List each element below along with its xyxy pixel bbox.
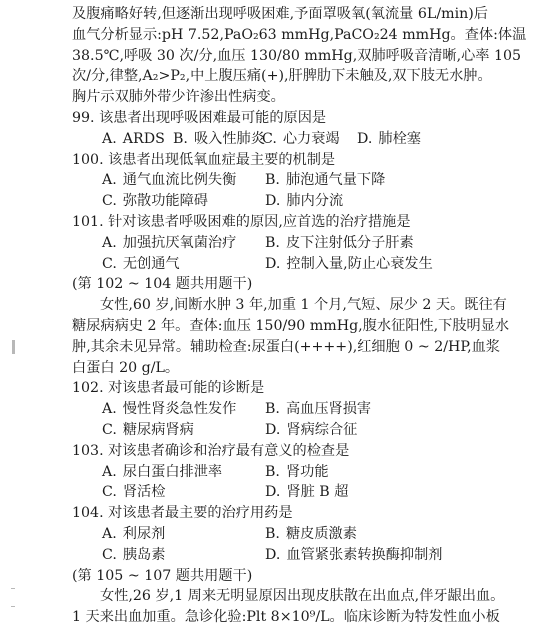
option-d[interactable]: D.血管紧张素转换酶抑制剂 xyxy=(265,545,442,566)
exam-page: 及腹痛略好转,但逐渐出现呼吸困难,予面罩吸氧(氧流量 6L/min)后 血气分析… xyxy=(72,4,490,628)
question-number: 104. xyxy=(72,505,104,521)
scan-artifact xyxy=(11,606,15,607)
option-label: A. xyxy=(102,526,117,542)
option-label: D. xyxy=(265,256,280,272)
option-b[interactable]: B.吸入性肺炎 xyxy=(173,129,265,150)
option-label: B. xyxy=(265,235,280,251)
option-label: C. xyxy=(102,547,117,563)
option-text: 糖皮质激素 xyxy=(286,526,357,542)
option-text: 心力衰竭 xyxy=(283,131,340,147)
option-d[interactable]: D.肾病综合征 xyxy=(265,420,357,441)
option-label: C. xyxy=(102,193,117,209)
case-line: 女性,26 岁,1 周来无明显原因出现皮肤散在出血点,伴牙龈出血。 xyxy=(72,586,488,607)
option-label: C. xyxy=(102,422,117,438)
option-c[interactable]: C.心力衰竭 xyxy=(262,129,340,150)
option-label: B. xyxy=(265,526,280,542)
option-c[interactable]: C.无创通气 xyxy=(102,254,180,275)
case-1-stem: 及腹痛略好转,但逐渐出现呼吸困难,予面罩吸氧(氧流量 6L/min)后 血气分析… xyxy=(72,4,490,108)
option-text: 无创通气 xyxy=(123,256,180,272)
question-stem: 对该患者最可能的诊断是 xyxy=(108,380,264,396)
option-label: D. xyxy=(265,422,280,438)
option-label: A. xyxy=(102,401,117,417)
option-text: 肾脏 B 超 xyxy=(286,484,348,500)
option-label: A. xyxy=(102,131,117,147)
option-b[interactable]: B.肺泡通气量下降 xyxy=(265,170,385,191)
group-header: (第 105 ~ 107 题共用题干) xyxy=(72,568,252,584)
option-text: 加强抗厌氧菌治疗 xyxy=(123,235,237,251)
option-label: B. xyxy=(265,401,280,417)
case-line: 肿,其余未见异常。辅助检查:尿蛋白(++++),红细胞 0 ~ 2/HP,血浆 xyxy=(72,337,488,358)
question-number: 103. xyxy=(72,443,104,459)
case-line: 1 天来出血加重。急诊化验:Plt 8×10⁹/L。临床诊断为特发性血小板 xyxy=(72,607,488,628)
group-header: (第 102 ~ 104 题共用题干) xyxy=(72,276,252,292)
option-text: 肾活检 xyxy=(123,484,166,500)
option-a[interactable]: A.ARDS xyxy=(102,129,165,150)
question-100: 100. 该患者出现低氧血症最主要的机制是 A.通气血流比例失衡 B.肺泡通气量… xyxy=(72,150,490,212)
option-label: A. xyxy=(102,235,117,251)
case-line: 及腹痛略好转,但逐渐出现呼吸困难,予面罩吸氧(氧流量 6L/min)后 xyxy=(72,4,488,25)
option-c[interactable]: C.糖尿病肾病 xyxy=(102,420,194,441)
option-b[interactable]: B.肾功能 xyxy=(265,462,329,483)
option-text: 肾病综合征 xyxy=(286,422,357,438)
option-b[interactable]: B.高血压肾损害 xyxy=(265,399,371,420)
case-line: 女性,60 岁,间断水肿 3 年,加重 1 个月,气短、尿少 2 天。既往有 xyxy=(72,295,488,316)
option-label: D. xyxy=(265,547,280,563)
option-label: A. xyxy=(102,172,117,188)
option-c[interactable]: C.弥散功能障碍 xyxy=(102,191,208,212)
option-text: 控制入量,防止心衰发生 xyxy=(286,256,432,272)
case-line: 白蛋白 20 g/L。 xyxy=(72,360,179,376)
option-text: 慢性肾炎急性发作 xyxy=(123,401,237,417)
option-text: 弥散功能障碍 xyxy=(123,193,208,209)
case-line: 次/分,律整,A₂>P₂,中上腹压痛(+),肝脾肋下未触及,双下肢无水肿。 xyxy=(72,66,488,87)
option-text: 通气血流比例失衡 xyxy=(123,172,237,188)
question-stem: 针对该患者呼吸困难的原因,应首选的治疗措施是 xyxy=(108,214,410,230)
question-stem: 对该患者最主要的治疗用药是 xyxy=(108,505,292,521)
option-label: D. xyxy=(265,484,280,500)
question-stem: 该患者出现呼吸困难最可能的原因是 xyxy=(99,110,326,126)
question-104: 104. 对该患者最主要的治疗用药是 A.利尿剂 B.糖皮质激素 C.胰岛素 D… xyxy=(72,503,490,565)
option-a[interactable]: A.慢性肾炎急性发作 xyxy=(102,399,236,420)
option-text: 肺内分流 xyxy=(286,193,343,209)
case-line: 胸片示双肺外带少许渗出性病变。 xyxy=(72,89,285,105)
option-text: 皮下注射低分子肝素 xyxy=(286,235,414,251)
option-b[interactable]: B.糖皮质激素 xyxy=(265,524,357,545)
option-text: 糖尿病肾病 xyxy=(123,422,194,438)
option-text: 吸入性肺炎 xyxy=(194,131,265,147)
question-103: 103. 对该患者确诊和治疗最有意义的检查是 A.尿白蛋白排泄率 B.肾功能 C… xyxy=(72,441,490,503)
shared-stem-102-104: (第 102 ~ 104 题共用题干) 女性,60 岁,间断水肿 3 年,加重 … xyxy=(72,274,490,378)
scan-artifact xyxy=(12,340,15,354)
option-text: 尿白蛋白排泄率 xyxy=(123,464,222,480)
option-label: D. xyxy=(357,131,372,147)
option-a[interactable]: A.通气血流比例失衡 xyxy=(102,170,236,191)
case-line: 血气分析显示:pH 7.52,PaO₂63 mmHg,PaCO₂24 mmHg。… xyxy=(72,25,488,46)
option-label: D. xyxy=(265,193,280,209)
option-a[interactable]: A.利尿剂 xyxy=(102,524,165,545)
option-text: 高血压肾损害 xyxy=(286,401,371,417)
option-d[interactable]: D.肺内分流 xyxy=(265,191,343,212)
option-text: 血管紧张素转换酶抑制剂 xyxy=(286,547,442,563)
question-number: 102. xyxy=(72,380,104,396)
option-text: ARDS xyxy=(123,131,165,147)
option-label: A. xyxy=(102,464,117,480)
option-c[interactable]: C.肾活检 xyxy=(102,482,165,503)
option-a[interactable]: A.尿白蛋白排泄率 xyxy=(102,462,222,483)
question-number: 101. xyxy=(72,214,104,230)
option-label: B. xyxy=(173,131,188,147)
option-text: 利尿剂 xyxy=(123,526,166,542)
question-stem: 该患者出现低氧血症最主要的机制是 xyxy=(108,152,335,168)
option-d[interactable]: D.控制入量,防止心衰发生 xyxy=(265,254,433,275)
option-c[interactable]: C.胰岛素 xyxy=(102,545,165,566)
option-text: 肾功能 xyxy=(286,464,329,480)
option-label: C. xyxy=(262,131,277,147)
option-label: B. xyxy=(265,172,280,188)
question-101: 101. 针对该患者呼吸困难的原因,应首选的治疗措施是 A.加强抗厌氧菌治疗 B… xyxy=(72,212,490,274)
option-label: C. xyxy=(102,256,117,272)
shared-stem-105-107: (第 105 ~ 107 题共用题干) 女性,26 岁,1 周来无明显原因出现皮… xyxy=(72,566,490,628)
option-b[interactable]: B.皮下注射低分子肝素 xyxy=(265,233,414,254)
question-102: 102. 对该患者最可能的诊断是 A.慢性肾炎急性发作 B.高血压肾损害 C.糖… xyxy=(72,378,490,440)
option-a[interactable]: A.加强抗厌氧菌治疗 xyxy=(102,233,236,254)
option-text: 胰岛素 xyxy=(123,547,166,563)
question-stem: 对该患者确诊和治疗最有意义的检查是 xyxy=(108,443,349,459)
option-label: C. xyxy=(102,484,117,500)
question-99: 99. 该患者出现呼吸困难最可能的原因是 A.ARDS B.吸入性肺炎 C.心力… xyxy=(72,108,490,150)
case-line: 38.5℃,呼吸 30 次/分,血压 130/80 mmHg,双肺呼吸音清晰,心… xyxy=(72,46,488,67)
option-label: B. xyxy=(265,464,280,480)
case-line: 糖尿病病史 2 年。查体:血压 150/90 mmHg,腹水征阳性,下肢明显水 xyxy=(72,316,488,337)
question-number: 100. xyxy=(72,152,104,168)
option-text: 肺泡通气量下降 xyxy=(286,172,385,188)
option-text: 肺栓塞 xyxy=(378,131,421,147)
scan-artifact xyxy=(11,588,15,589)
option-d[interactable]: D.肺栓塞 xyxy=(357,129,421,150)
option-d[interactable]: D.肾脏 B 超 xyxy=(265,482,348,503)
question-number: 99. xyxy=(72,110,95,126)
